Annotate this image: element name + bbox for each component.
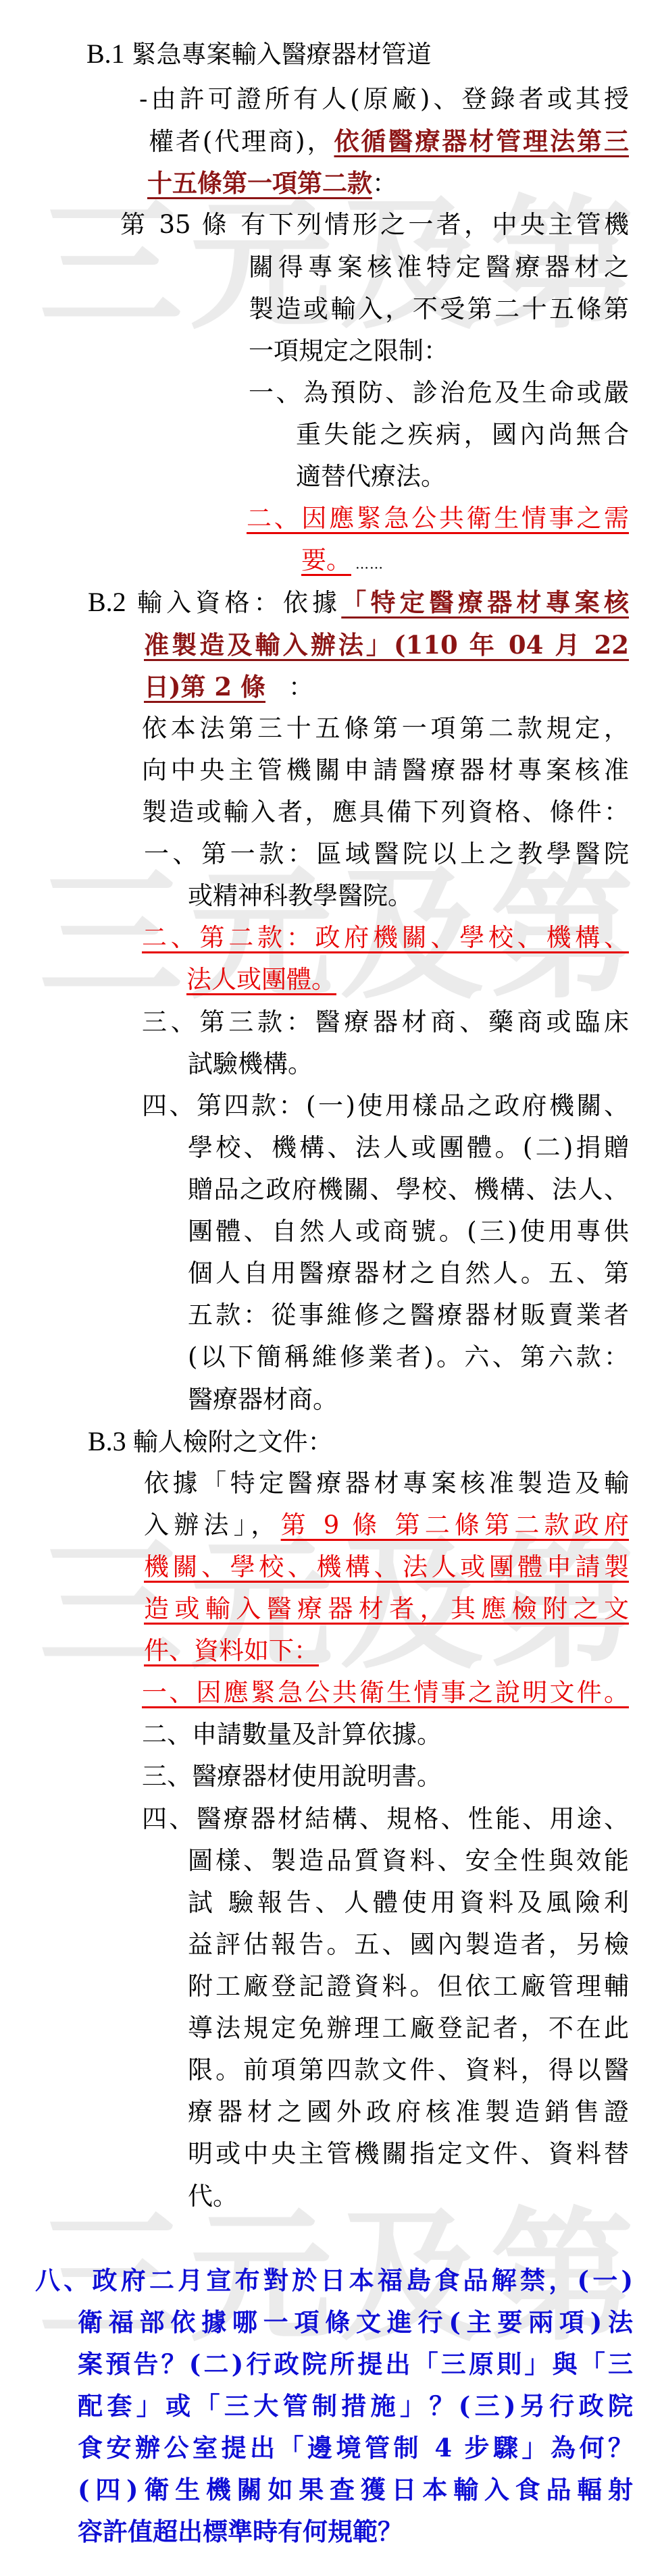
article-35-item-highlight: 要。 xyxy=(301,546,351,575)
b3-item-4: 療器材之國外政府核准製造銷售證 xyxy=(0,2091,662,2133)
b3-item-text: 試 驗報告、人體使用資料及風險利 xyxy=(188,1888,629,1917)
b1-intro-text: -由許可證所有人(原廠)、登錄者或其授 xyxy=(139,84,629,113)
b2-item-text: 三、第三款：醫療器材商、藥商或臨床 xyxy=(142,1007,629,1036)
article-35-item-1: 重失能之疾病，國內尚無合 xyxy=(0,414,662,456)
b3-body-line: 入辦法」，第 9 條 第二條第二款政府 xyxy=(0,1504,662,1546)
question-8-text: 八、政府二月宣布對於日本福島食品解禁，(一) xyxy=(35,2265,633,2295)
b2-body-text: 向中央主管機關申請醫療器材專案核准 xyxy=(142,756,629,785)
b2-item-2: 法人或團體。 xyxy=(0,959,662,1001)
question-8-text: (四)衛生機關如果查獲日本輸入食品輻射 xyxy=(78,2475,633,2504)
question-8-line: 衛福部依據哪一項條文進行(主要兩項)法 xyxy=(0,2301,662,2343)
b2-item-text: 個人自用醫療器材之自然人。五、第 xyxy=(188,1259,629,1288)
b2-regulation-reference: 日)第 2 條 xyxy=(144,672,265,702)
b3-item-text: 導法規定免辦理工廠登記者，不在此 xyxy=(188,2014,629,2043)
b3-item-4: 附工廠登記證資料。但依工廠管理輔 xyxy=(0,1966,662,2007)
b2-item-text: 試驗機構。 xyxy=(188,1049,313,1078)
b3-item-text: 限。前項第四款文件、資料，得以醫 xyxy=(188,2055,629,2084)
b3-item-text: 療器材之國外政府核准製造銷售證 xyxy=(188,2097,629,2126)
b2-item-4: 團體、自然人或商號。(三)使用專供 xyxy=(0,1211,662,1253)
b3-item-4: 四、醫療器材結構、規格、性能、用途、 xyxy=(0,1798,662,1840)
b3-item-highlight: 一、因應緊急公共衛生情事之說明文件。 xyxy=(142,1678,629,1707)
b2-item-2: 二、第二款：政府機關、學校、機構、 xyxy=(0,917,662,959)
b1-intro-line: 權者(代理商)，依循醫療器材管理法第三 xyxy=(0,120,662,162)
b2-item-4: 五款：從事維修之醫療器材販賣業者 xyxy=(0,1294,662,1336)
b3-label: B.3 xyxy=(88,1426,126,1456)
b1-law-reference: 依循醫療器材管理法第三 xyxy=(334,126,629,156)
ellipsis: …… xyxy=(355,556,384,572)
b3-item-2: 二、申請數量及計算依據。 xyxy=(0,1714,662,1756)
b2-item-1: 一、第一款：區域醫院以上之教學醫院 xyxy=(0,833,662,875)
document-page: 三元及第 三元及第 三元及第 三元及第 B.1緊急專案輸入醫療器材管道 -由許可… xyxy=(0,0,662,2576)
b2-body-line: 向中央主管機關申請醫療器材專案核准 xyxy=(0,750,662,791)
article-35-text: 一項規定之限制： xyxy=(249,336,449,365)
b3-item-text: 益評估報告。五、國內製造者，另檢 xyxy=(188,1930,629,1959)
question-8-text: 案預告？(二)行政院所提出「三原則」與「三 xyxy=(78,2349,633,2379)
b2-reference-colon: ： xyxy=(288,673,313,702)
b2-body-line: 製造或輸入者，應具備下列資格、條件： xyxy=(0,791,662,833)
question-8-line: 案預告？(二)行政院所提出「三原則」與「三 xyxy=(0,2343,662,2385)
article-35-line: 關得專案核准特定醫療器材之 xyxy=(0,246,662,288)
article-35-line: 一項規定之限制： xyxy=(0,330,662,372)
b1-intro-line: 十五條第一項第二款： xyxy=(0,162,662,204)
b1-intro-text: 權者(代理商)， xyxy=(149,127,334,156)
question-8-text: 容許值超出標準時有何規範？ xyxy=(78,2517,403,2546)
b3-heading: B.3輸人檢附之文件： xyxy=(0,1421,662,1463)
b3-item-4: 試 驗報告、人體使用資料及風險利 xyxy=(0,1882,662,1924)
document-body: B.1緊急專案輸入醫療器材管道 -由許可證所有人(原廠)、登錄者或其授 權者(代… xyxy=(0,0,662,2553)
b2-item-4: 四、第四款：(一)使用樣品之政府機關、 xyxy=(0,1085,662,1127)
article-35-item-2: 要。…… xyxy=(0,540,662,581)
b3-item-text: 明或中央主管機關指定文件、資料替 xyxy=(188,2139,629,2168)
b3-item-text: 代。 xyxy=(188,2182,238,2211)
b2-item-text: 或精神科教學醫院。 xyxy=(188,881,413,910)
b1-heading: B.1緊急專案輸入醫療器材管道 xyxy=(0,33,662,75)
article-35-item-1: 適替代療法。 xyxy=(0,456,662,498)
b2-item-4: 個人自用醫療器材之自然人。五、第 xyxy=(0,1253,662,1294)
b2-label: B.2 xyxy=(88,587,126,617)
b1-intro-colon: ： xyxy=(372,169,397,198)
question-8-line: 配套」或「三大管制措施」？(三)另行政院 xyxy=(0,2385,662,2427)
b3-item-4: 明或中央主管機關指定文件、資料替 xyxy=(0,2133,662,2175)
b2-item-text: 團體、自然人或商號。(三)使用專供 xyxy=(188,1217,629,1246)
b3-body-text: 依據「特定醫療器材專案核准製造及輸 xyxy=(144,1469,629,1498)
b2-item-text: 四、第四款：(一)使用樣品之政府機關、 xyxy=(142,1091,629,1120)
b3-article-9-reference: 件、資料如下： xyxy=(144,1636,319,1665)
b1-title: 緊急專案輸入醫療器材管道 xyxy=(132,40,432,69)
b3-item-text: 二、申請數量及計算依據。 xyxy=(142,1720,442,1749)
b3-body-line: 件、資料如下： xyxy=(0,1630,662,1672)
b2-item-4: 贈品之政府機關、學校、機構、法人、 xyxy=(0,1169,662,1211)
b3-item-text: 圖樣、製造品質資料、安全性與效能 xyxy=(188,1846,629,1875)
b2-item-text: 贈品之政府機關、學校、機構、法人、 xyxy=(188,1175,629,1204)
question-8-text: 配套」或「三大管制措施」？(三)另行政院 xyxy=(78,2391,633,2421)
article-35-item-1: 一、為預防、診治危及生命或嚴 xyxy=(0,372,662,414)
b1-label: B.1 xyxy=(86,38,125,69)
b2-item-1: 或精神科教學醫院。 xyxy=(0,875,662,917)
b2-body-text: 製造或輸入者，應具備下列資格、條件： xyxy=(142,797,629,826)
article-35-text: 製造或輸入，不受第二十五條第 xyxy=(249,294,629,323)
b3-article-9-reference: 造或輸入醫療器材者，其應檢附之文 xyxy=(144,1594,629,1623)
b3-title: 輸人檢附之文件： xyxy=(133,1427,333,1456)
b3-body-text: 入辦法」， xyxy=(144,1510,281,1540)
b2-item-highlight: 二、第二款：政府機關、學校、機構、 xyxy=(142,923,629,952)
b2-item-3: 試驗機構。 xyxy=(0,1043,662,1085)
b3-item-4: 代。 xyxy=(0,2176,662,2217)
b2-item-text: 學校、機構、法人或團體。(二)捐贈 xyxy=(188,1133,629,1162)
article-35-text: 有下列情形之一者，中央主管機 xyxy=(240,210,629,239)
article-35-item-text: 一、為預防、診治危及生命或嚴 xyxy=(249,378,629,407)
b2-reference-line: 准製造及輸入辦法」(110 年 04 月 22 xyxy=(0,624,662,666)
b3-item-text: 四、醫療器材結構、規格、性能、用途、 xyxy=(142,1804,629,1833)
b3-body-line: 造或輸入醫療器材者，其應檢附之文 xyxy=(0,1588,662,1630)
article-35-item-highlight: 二、因應緊急公共衛生情事之需 xyxy=(247,504,629,533)
b2-heading: B.2輸入資格：依據「特定醫療器材專案核 xyxy=(0,581,662,623)
article-35-item-text: 適替代療法。 xyxy=(296,462,446,491)
question-8-line: 容許值超出標準時有何規範？ xyxy=(0,2511,662,2552)
article-35-item-2: 二、因應緊急公共衛生情事之需 xyxy=(0,498,662,540)
b2-item-4: 醫療器材商。 xyxy=(0,1379,662,1421)
b3-article-9-reference: 機關、學校、機構、法人或團體申請製 xyxy=(144,1552,629,1581)
b1-intro-line: -由許可證所有人(原廠)、登錄者或其授 xyxy=(0,78,662,120)
b2-item-text: 一、第一款：區域醫院以上之教學醫院 xyxy=(144,839,629,868)
question-8-line: 食安辦公室提出「邊境管制 4 步驟」為何？ xyxy=(0,2427,662,2469)
b2-item-4: (以下簡稱維修業者)。六、第六款： xyxy=(0,1336,662,1378)
b1-law-reference: 十五條第一項第二款 xyxy=(147,168,372,198)
b2-title: 輸入資格：依據 xyxy=(133,588,342,617)
b2-regulation-reference: 「特定醫療器材專案核 xyxy=(341,587,629,617)
b2-item-4: 學校、機構、法人或團體。(二)捐贈 xyxy=(0,1127,662,1169)
question-8-text: 衛福部依據哪一項條文進行(主要兩項)法 xyxy=(78,2307,633,2337)
b2-item-3: 三、第三款：醫療器材商、藥商或臨床 xyxy=(0,1001,662,1043)
b3-item-4: 導法規定免辦理工廠登記者，不在此 xyxy=(0,2007,662,2049)
question-8-line: (四)衛生機關如果查獲日本輸入食品輻射 xyxy=(0,2469,662,2511)
b3-body-line: 依據「特定醫療器材專案核准製造及輸 xyxy=(0,1463,662,1504)
section-spacer xyxy=(0,2217,662,2259)
b2-regulation-reference: 准製造及輸入辦法」(110 年 04 月 22 xyxy=(144,630,629,660)
b3-item-text: 三、醫療器材使用說明書。 xyxy=(142,1762,442,1791)
b3-item-4: 益評估報告。五、國內製造者，另檢 xyxy=(0,1924,662,1966)
question-8-text: 食安辦公室提出「邊境管制 4 步驟」為何？ xyxy=(78,2433,633,2463)
article-35-line: 第 35 條 有下列情形之一者，中央主管機 xyxy=(0,204,662,246)
b2-reference-line: 日)第 2 條： xyxy=(0,666,662,708)
b3-body-line: 機關、學校、機構、法人或團體申請製 xyxy=(0,1546,662,1588)
b3-item-4: 圖樣、製造品質資料、安全性與效能 xyxy=(0,1840,662,1882)
b2-item-text: 醫療器材商。 xyxy=(188,1385,338,1414)
b2-body-line: 依本法第三十五條第一項第二款規定， xyxy=(0,708,662,750)
b2-item-text: (以下簡稱維修業者)。六、第六款： xyxy=(188,1342,629,1371)
b3-article-9-reference: 第 9 條 第二條第二款政府 xyxy=(281,1510,629,1540)
b3-item-1: 一、因應緊急公共衛生情事之說明文件。 xyxy=(0,1672,662,1714)
b3-item-4: 限。前項第四款文件、資料，得以醫 xyxy=(0,2049,662,2091)
article-35-line: 製造或輸入，不受第二十五條第 xyxy=(0,288,662,330)
b3-item-3: 三、醫療器材使用說明書。 xyxy=(0,1756,662,1797)
b2-item-highlight: 法人或團體。 xyxy=(186,965,336,994)
b2-item-text: 五款：從事維修之醫療器材販賣業者 xyxy=(188,1300,629,1330)
article-35-label: 第 35 條 xyxy=(120,210,240,239)
article-35-item-text: 重失能之疾病，國內尚無合 xyxy=(296,420,629,449)
b2-body-text: 依本法第三十五條第一項第二款規定， xyxy=(142,714,629,743)
question-8-line: 八、政府二月宣布對於日本福島食品解禁，(一) xyxy=(0,2259,662,2301)
article-35-text: 關得專案核准特定醫療器材之 xyxy=(249,253,629,282)
b3-item-text: 附工廠登記證資料。但依工廠管理輔 xyxy=(188,1972,629,2001)
